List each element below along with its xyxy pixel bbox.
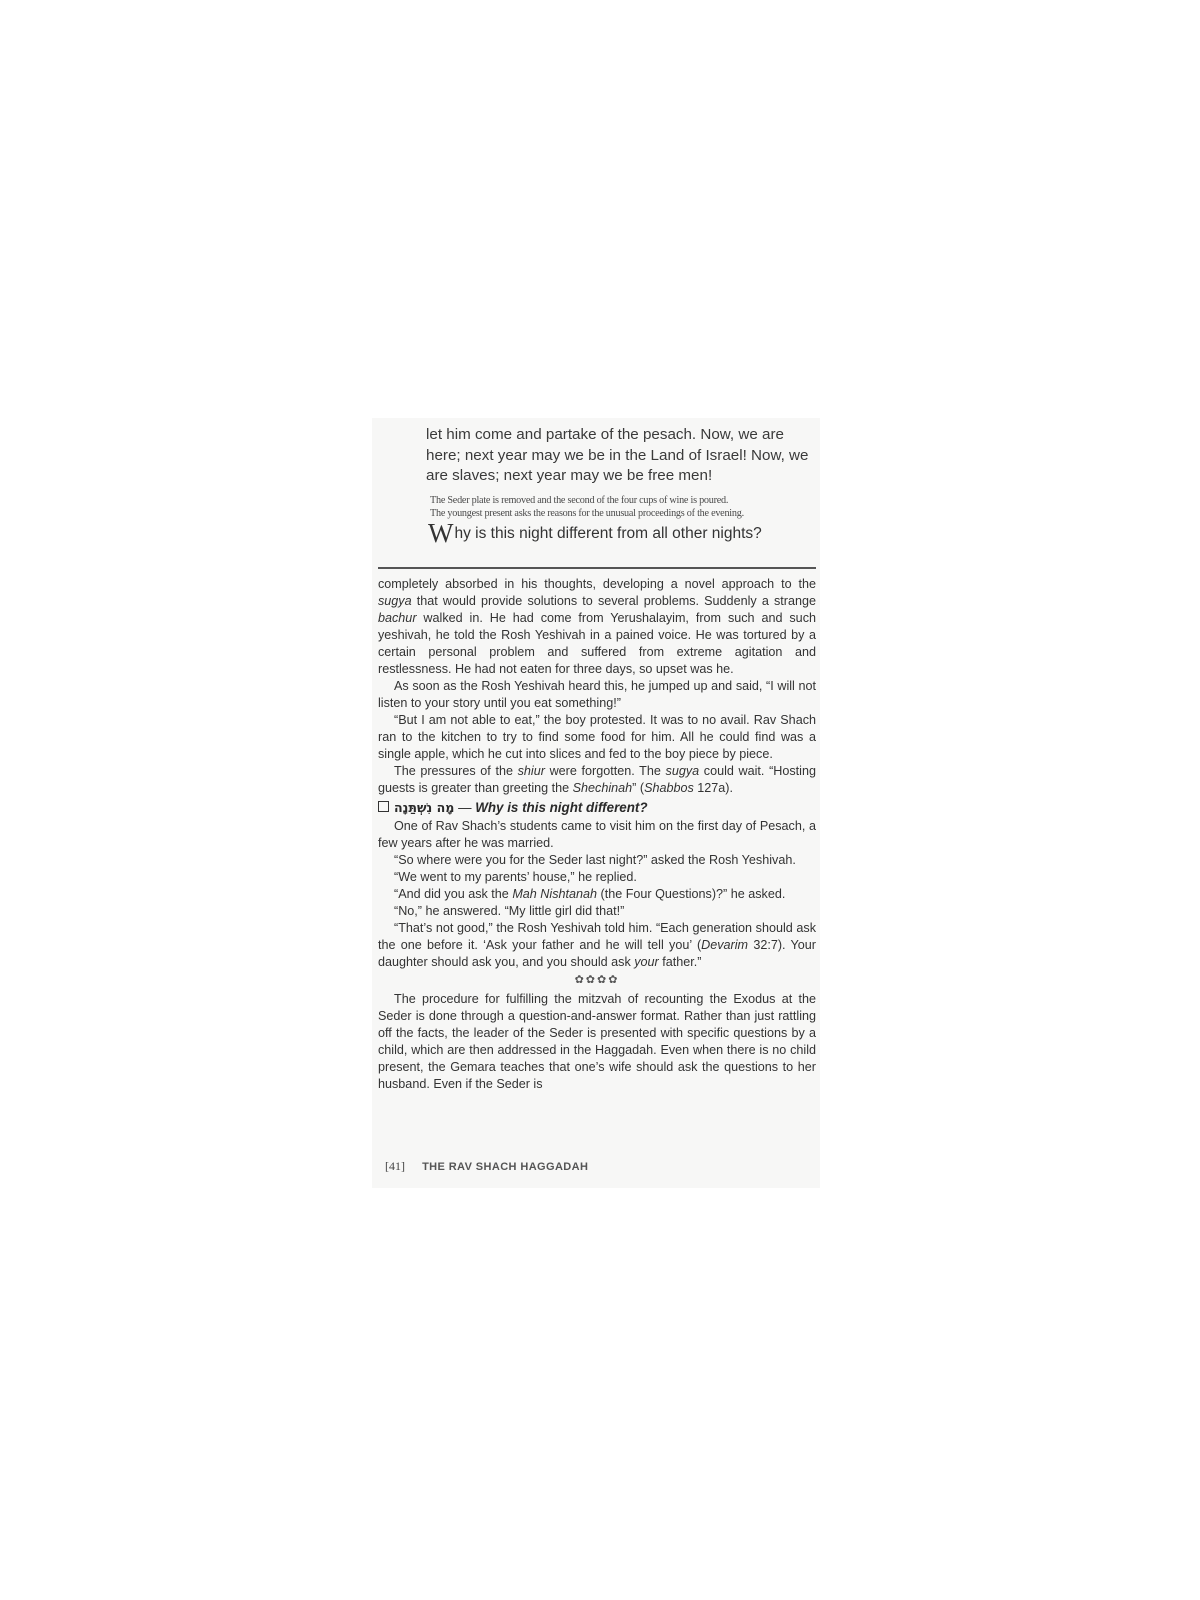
- commentary-paragraph: “And did you ask the Mah Nishtanah (the …: [378, 886, 816, 903]
- haggadah-translation: let him come and partake of the pesach. …: [426, 425, 818, 487]
- commentary-paragraph: “That’s not good,” the Rosh Yeshivah tol…: [378, 920, 816, 971]
- haggadah-line: let him come and partake of the pesach. …: [426, 425, 818, 446]
- commentary-paragraph: “We went to my parents’ house,” he repli…: [378, 869, 816, 886]
- page-number: [41]: [385, 1159, 405, 1173]
- commentary-paragraph: The pressures of the shiur were forgotte…: [378, 763, 816, 797]
- commentary-paragraph: “But I am not able to eat,” the boy prot…: [378, 712, 816, 763]
- haggadah-line: here; next year may we be in the Land of…: [426, 446, 818, 467]
- seder-instruction: The Seder plate is removed and the secon…: [430, 495, 820, 520]
- commentary-subheading: מָה נִשְׁתַּנָה — Why is this night diff…: [378, 799, 816, 817]
- square-bullet-icon: [378, 801, 389, 812]
- page-footer: [41] THE RAV SHACH HAGGADAH: [385, 1159, 588, 1174]
- commentary-paragraph: completely absorbed in his thoughts, dev…: [378, 576, 816, 678]
- question-heading: Why is this night different from all oth…: [428, 523, 762, 543]
- running-title: THE RAV SHACH HAGGADAH: [422, 1161, 588, 1173]
- instruction-line-2: The youngest present asks the reasons fo…: [430, 508, 820, 521]
- commentary-paragraph: “No,” he answered. “My little girl did t…: [378, 903, 816, 920]
- haggadah-line: are slaves; next year may we be free men…: [426, 466, 818, 487]
- drop-cap: W: [428, 518, 453, 548]
- flower-ornament-icon: ✿✿✿✿: [378, 972, 816, 988]
- commentary-paragraph: As soon as the Rosh Yeshivah heard this,…: [378, 678, 816, 712]
- commentary-body: completely absorbed in his thoughts, dev…: [378, 576, 816, 1093]
- subheading-title: Why is this night different?: [475, 800, 647, 815]
- commentary-paragraph: One of Rav Shach’s students came to visi…: [378, 818, 816, 852]
- hebrew-phrase: מָה נִשְׁתַּנָה: [394, 800, 454, 815]
- commentary-paragraph: The procedure for fulfilling the mitzvah…: [378, 991, 816, 1093]
- commentary-paragraph: “So where were you for the Seder last ni…: [378, 852, 816, 869]
- instruction-line-1: The Seder plate is removed and the secon…: [430, 495, 820, 508]
- em-dash: —: [454, 800, 475, 815]
- section-divider: [378, 567, 816, 569]
- question-heading-text: hy is this night different from all othe…: [454, 525, 761, 542]
